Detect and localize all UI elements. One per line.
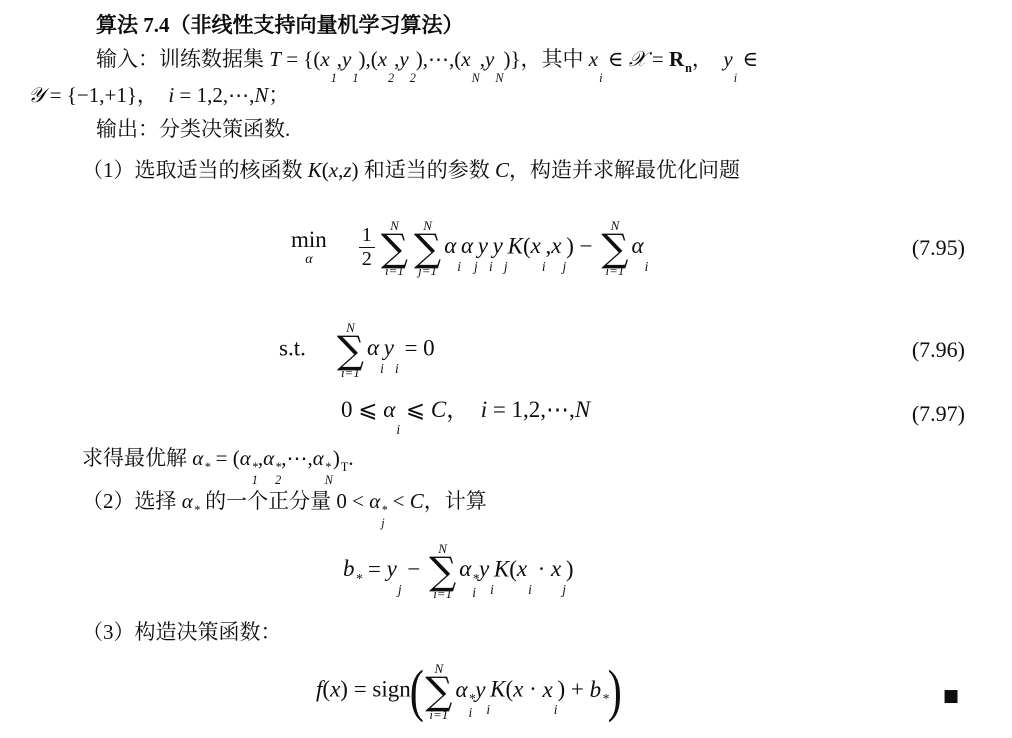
token-text: 输出：分类决策函数. <box>96 117 290 141</box>
subscript: 2 <box>410 72 416 85</box>
line-content: 0 ⩽ αi ⩽ C， i = 1,2,⋯,N <box>0 391 590 438</box>
equation-number: (7.96) <box>912 337 965 363</box>
math-token: )}，其中 <box>503 47 588 71</box>
token-text: = 1,2,⋯, <box>174 83 254 107</box>
sum-lower-limit: j=1 <box>418 264 437 277</box>
token-text: ),( <box>358 47 377 71</box>
math-token: ) <box>566 556 574 581</box>
token-text: R <box>669 47 684 71</box>
token-text: ) + <box>557 677 589 702</box>
subscript: i <box>599 72 602 85</box>
math-token: xj <box>551 233 566 258</box>
token-text: K <box>494 556 509 581</box>
subscript: 1 <box>252 474 258 487</box>
token-text: y <box>723 47 732 71</box>
math-token: ( <box>322 158 329 182</box>
text-line-input2: 𝒴 = {−1,+1}， i = 1,2,⋯,N； <box>28 80 289 110</box>
sigma-icon: ∑ <box>381 232 408 264</box>
token-text: = <box>647 47 669 71</box>
token-text: b <box>343 556 355 581</box>
math-token: α* <box>182 489 200 513</box>
token-text: x <box>543 677 553 702</box>
token-text: T <box>269 47 281 71</box>
math-token: 算法 7.4（非线性支持向量机学习算法） <box>96 13 464 37</box>
subscript: i <box>528 583 532 597</box>
math-token: s.t. <box>279 335 306 360</box>
token-text: N <box>575 397 590 422</box>
token-text: ； <box>268 83 289 107</box>
line-content: （3）构造决策函数： <box>82 617 282 647</box>
sum-lower-limit: i=1 <box>605 264 624 277</box>
min-operator: minα <box>291 228 327 267</box>
subscript: 2 <box>388 72 394 85</box>
math-token: 0 ⩽ <box>341 397 383 422</box>
token-text: s.t. <box>279 335 306 360</box>
token-text: · <box>532 556 551 581</box>
token-text: ,⋯, <box>281 446 313 470</box>
math-token: N <box>575 397 590 422</box>
token-text: α <box>192 446 203 470</box>
sum-lower-limit: i=1 <box>385 264 404 277</box>
subscript: N <box>325 474 333 487</box>
math-token: α*i <box>455 677 475 702</box>
token-text: ( <box>523 233 531 258</box>
line-content: f(x) = sign(N∑i=1α*iyiK(x · xi) + b*) <box>0 662 620 720</box>
text-line-title: 算法 7.4（非线性支持向量机学习算法） <box>96 10 464 40</box>
token-text: C <box>431 397 446 422</box>
math-token: ) − <box>566 233 598 258</box>
line-content: 算法 7.4（非线性支持向量机学习算法） <box>96 10 464 40</box>
math-sum: N∑j=1 <box>414 219 441 277</box>
subscript <box>356 586 363 599</box>
superscript: * <box>325 461 333 474</box>
line-content: s.t.N∑i=1αiyi = 0 <box>0 321 435 379</box>
math-token: ) 和适当的参数 <box>352 158 496 182</box>
token-text: y <box>475 677 485 702</box>
token-text: K <box>490 677 505 702</box>
math-token: xN <box>461 47 479 71</box>
line-content: 求得最优解 α* = (α*1,α*2,⋯,α*N)T. <box>82 443 354 487</box>
fraction-denominator: 2 <box>362 248 372 271</box>
token-text: C <box>495 158 509 182</box>
token-text: α <box>263 446 274 470</box>
math-token: xi <box>531 233 546 258</box>
math-token: αj <box>461 233 478 258</box>
token-text: z <box>343 158 351 182</box>
math-token: 输出：分类决策函数. <box>96 117 290 141</box>
token-text: α <box>461 233 473 258</box>
token-text: x <box>320 47 329 71</box>
math-token: yi <box>723 47 737 71</box>
subscript <box>341 474 348 486</box>
math-token: ⩽ <box>400 397 431 422</box>
subscript: N <box>472 72 480 85</box>
sigma-icon: ∑ <box>337 334 364 366</box>
subscript: N <box>495 72 503 85</box>
token-text: （2）选择 <box>82 489 182 513</box>
subscript: i <box>380 362 384 376</box>
token-scripts: *i <box>472 572 479 600</box>
math-token: K <box>508 233 523 258</box>
subscript: i <box>472 586 479 600</box>
text-line-step1: （1）选取适当的核函数 K(x,z) 和适当的参数 C，构造并求解最优化问题 <box>82 155 740 185</box>
math-token: yi <box>475 677 490 702</box>
math-token: C <box>431 397 446 422</box>
token-text: α <box>455 677 467 702</box>
math-token: xi <box>543 677 558 702</box>
token-text: K <box>508 233 523 258</box>
token-text: ) <box>566 556 574 581</box>
math-token: xj <box>551 556 566 581</box>
equation-number: (7.97) <box>912 401 965 427</box>
sum-lower-limit: i=1 <box>433 587 452 600</box>
line-content: 𝒴 = {−1,+1}， i = 1,2,⋯,N； <box>28 80 289 110</box>
text-line-step3: （3）构造决策函数： <box>82 617 282 647</box>
token-scripts: *N <box>325 461 333 487</box>
token-text: 𝒳 <box>629 47 647 71</box>
math-token: ( <box>505 677 513 702</box>
math-token: αi <box>444 233 461 258</box>
math-token: K <box>490 677 505 702</box>
math-token: ( <box>523 233 531 258</box>
token-text: α <box>383 397 395 422</box>
math-token: 的一个正分量 0 < <box>200 489 369 513</box>
math-token: yi <box>479 556 494 581</box>
token-text: x <box>589 47 598 71</box>
math-token: （3）构造决策函数： <box>82 620 282 644</box>
token-text: = <box>362 556 386 581</box>
subscript: i <box>645 260 649 274</box>
math-token: K <box>494 556 509 581</box>
equation-eqf: f(x) = sign(N∑i=1α*iyiK(x · xi) + b*) <box>0 645 1012 738</box>
math-token: − <box>402 556 426 581</box>
token-text: · <box>523 677 542 702</box>
math-token: ),( <box>358 47 377 71</box>
token-text: （3）构造决策函数： <box>82 620 282 644</box>
sigma-icon: ∑ <box>429 555 456 587</box>
token-text: C <box>410 489 424 513</box>
math-token: · <box>532 556 551 581</box>
token-text: ， <box>446 397 481 422</box>
math-token: = <box>362 556 386 581</box>
math-token: xi <box>589 47 603 71</box>
token-text: x <box>531 233 541 258</box>
text-line-output: 输出：分类决策函数. <box>96 114 290 144</box>
math-token: 𝒴 <box>28 83 44 107</box>
sigma-icon: ∑ <box>601 232 628 264</box>
math-token: = {( <box>281 47 320 71</box>
big-paren-icon: ) <box>607 669 621 713</box>
token-text: ( <box>509 556 517 581</box>
subscript: i <box>490 583 494 597</box>
token-text: y <box>387 556 397 581</box>
math-token: yi <box>384 335 399 360</box>
math-token: y2 <box>399 47 415 71</box>
token-text: = {−1,+1}， <box>44 83 168 107</box>
subscript: j <box>398 583 402 597</box>
token-text: ⩽ <box>400 397 431 422</box>
token-text: ( <box>322 158 329 182</box>
math-token: T <box>269 47 281 71</box>
math-token: y1 <box>342 47 358 71</box>
token-text: x <box>330 677 340 702</box>
math-token: αi <box>631 233 648 258</box>
token-text: y <box>485 47 494 71</box>
math-token: Rn <box>669 47 692 71</box>
token-text: = 0 <box>399 335 435 360</box>
math-token: N <box>254 83 268 107</box>
token-text: − <box>402 556 426 581</box>
token-text: α <box>444 233 456 258</box>
math-token: = ( <box>210 446 239 470</box>
math-token: b* <box>343 556 362 581</box>
token-text: b <box>590 677 602 702</box>
math-token: α*N <box>313 446 333 470</box>
math-token: K <box>308 158 322 182</box>
subscript: i <box>489 260 493 274</box>
subscript: j <box>563 260 567 274</box>
subscript: i <box>395 362 399 376</box>
token-text: ∈ <box>603 47 629 71</box>
equation-number: (7.95) <box>912 235 965 261</box>
math-token: yN <box>485 47 503 71</box>
token-text: x <box>461 47 470 71</box>
subscript: i <box>469 706 476 720</box>
math-token: （1）选取适当的核函数 <box>82 158 308 182</box>
token-text: ) <box>333 446 340 470</box>
sum-lower-limit: i=1 <box>429 708 448 721</box>
math-token: x <box>330 677 340 702</box>
math-token: ，计算 <box>424 489 487 513</box>
math-token: ； <box>268 83 289 107</box>
token-text: α <box>367 335 379 360</box>
token-scripts: N <box>472 60 480 85</box>
subscript: j <box>474 260 478 274</box>
math-token: )T <box>333 446 348 470</box>
token-text: x <box>378 47 387 71</box>
math-token: ) = sign <box>340 677 410 702</box>
math-token: x2 <box>378 47 394 71</box>
subscript: 1 <box>331 72 337 85</box>
math-token: · <box>523 677 542 702</box>
token-text: ( <box>322 677 330 702</box>
token-text: x <box>517 556 527 581</box>
token-text: K <box>308 158 322 182</box>
token-text: α <box>459 556 471 581</box>
math-token: 𝒳 <box>629 47 647 71</box>
text-line-solution: 求得最优解 α* = (α*1,α*2,⋯,α*N)T. <box>82 443 354 487</box>
subscript: j <box>504 260 508 274</box>
token-text: = 1,2,⋯, <box>487 397 575 422</box>
math-token: αi <box>367 335 384 360</box>
math-token: C <box>495 158 509 182</box>
token-scripts: n <box>685 62 692 87</box>
math-token: x <box>329 158 338 182</box>
math-token: ∈ <box>737 47 758 71</box>
token-text: y <box>399 47 408 71</box>
math-token: α*2 <box>263 446 281 470</box>
token-text: 求得最优解 <box>82 446 192 470</box>
math-sum: N∑i=1 <box>337 321 364 379</box>
superscript: * <box>472 572 479 586</box>
equation-eq795: minα12N∑i=1N∑j=1αiαjyiyjK(xi,xj) − N∑i=1… <box>0 203 1012 293</box>
line-content: b* = yj − N∑i=1α*iyiK(xi · xj) <box>0 542 574 600</box>
equation-eqb: b* = yj − N∑i=1α*iyiK(xi · xj) <box>0 527 1012 615</box>
line-content: （1）选取适当的核函数 K(x,z) 和适当的参数 C，构造并求解最优化问题 <box>82 155 740 185</box>
token-text: )}，其中 <box>503 47 588 71</box>
math-token: z <box>343 158 351 182</box>
token-text: 0 ⩽ <box>341 397 383 422</box>
operator-under-limit: α <box>305 253 312 267</box>
token-text: y <box>479 556 489 581</box>
math-sum: N∑i=1 <box>601 219 628 277</box>
sigma-icon: ∑ <box>425 675 452 707</box>
math-token: ， <box>692 47 724 71</box>
math-token: 求得最优解 <box>82 446 192 470</box>
line-content: 输出：分类决策函数. <box>96 114 290 144</box>
subscript: i <box>542 260 546 274</box>
token-text: y <box>342 47 351 71</box>
token-text: y <box>493 233 503 258</box>
token-text: < <box>387 489 409 513</box>
token-text: ),⋯,( <box>416 47 462 71</box>
math-token: ，构造并求解最优化问题 <box>509 158 740 182</box>
math-token: α* <box>192 446 210 470</box>
token-text: α <box>631 233 643 258</box>
token-scripts: i <box>645 247 649 274</box>
token-text: ( <box>505 677 513 702</box>
big-paren-icon: ( <box>410 669 424 713</box>
math-token: ,⋯, <box>281 446 313 470</box>
math-token: = 0 <box>399 335 435 360</box>
token-text: 的一个正分量 0 < <box>200 489 369 513</box>
math-token: ( <box>322 677 330 702</box>
superscript <box>645 247 649 260</box>
math-token: ， <box>446 397 481 422</box>
math-token: = <box>647 47 669 71</box>
token-text: x <box>551 556 561 581</box>
token-text: ) 和适当的参数 <box>352 158 496 182</box>
math-sum: N∑i=1 <box>429 542 456 600</box>
fraction-numerator: 1 <box>359 224 375 248</box>
line-content: minα12N∑i=1N∑j=1αiαjyiyjK(xi,xj) − N∑i=1… <box>0 219 648 277</box>
math-token: （2）选择 <box>82 489 182 513</box>
token-text: 𝒴 <box>28 83 44 107</box>
math-token: C <box>410 489 424 513</box>
subscript: i <box>554 703 558 717</box>
token-text: ， <box>692 47 724 71</box>
math-sum: N∑i=1 <box>425 662 452 720</box>
math-token: x1 <box>320 47 336 71</box>
token-text: ，计算 <box>424 489 487 513</box>
token-text: ) − <box>566 233 598 258</box>
subscript: i <box>734 72 737 85</box>
math-token: . <box>348 446 353 470</box>
token-text: ∈ <box>737 47 758 71</box>
token-text: （1）选取适当的核函数 <box>82 158 308 182</box>
equation-eq797: 0 ⩽ αi ⩽ C， i = 1,2,⋯,N(7.97) <box>0 394 1012 434</box>
math-token: b* <box>590 677 609 702</box>
math-token: x <box>513 677 523 702</box>
math-token: = {−1,+1}， <box>44 83 168 107</box>
textbook-page: ■ 算法 7.4（非线性支持向量机学习算法）输入：训练数据集 T = {(x1,… <box>0 0 1012 738</box>
subscript <box>685 75 692 87</box>
subscript: i <box>396 423 400 437</box>
token-text: ) = sign <box>340 677 410 702</box>
math-token: = 1,2,⋯, <box>487 397 575 422</box>
token-text: α <box>182 489 193 513</box>
math-token: ),⋯,( <box>416 47 462 71</box>
subscript <box>204 474 210 486</box>
token-text: 输入：训练数据集 <box>96 47 269 71</box>
text-line-step2: （2）选择 α* 的一个正分量 0 < α*j < C，计算 <box>82 486 487 530</box>
token-text: y <box>384 335 394 360</box>
math-token: xi <box>517 556 532 581</box>
math-token: yi <box>478 233 493 258</box>
subscript: i <box>486 703 490 717</box>
token-text: N <box>254 83 268 107</box>
math-token: αi <box>383 397 400 422</box>
subscript: 1 <box>352 72 358 85</box>
token-text: y <box>478 233 488 258</box>
math-sum: N∑i=1 <box>381 219 408 277</box>
token-text: 算法 7.4（非线性支持向量机学习算法） <box>96 13 464 37</box>
math-token: α*1 <box>240 446 258 470</box>
token-text: x <box>513 677 523 702</box>
sum-lower-limit: i=1 <box>341 366 360 379</box>
line-content: （2）选择 α* 的一个正分量 0 < α*j < C，计算 <box>82 486 487 530</box>
equation-eq796: s.t.N∑i=1αiyi = 0(7.96) <box>0 307 1012 393</box>
token-text: = ( <box>210 446 239 470</box>
math-token: 输入：训练数据集 <box>96 47 269 71</box>
math-token: ∈ <box>603 47 629 71</box>
token-text: = {( <box>281 47 320 71</box>
subscript: i <box>457 260 461 274</box>
superscript: n <box>685 62 692 75</box>
token-text: ，构造并求解最优化问题 <box>509 158 740 182</box>
token-text: x <box>551 233 561 258</box>
operator-name: min <box>291 228 327 251</box>
math-fraction: 12 <box>359 224 375 272</box>
subscript: 2 <box>275 474 281 487</box>
math-token: = 1,2,⋯, <box>174 83 254 107</box>
math-token: ( <box>509 556 517 581</box>
math-token: ) + <box>557 677 589 702</box>
token-text: x <box>329 158 338 182</box>
token-text: α <box>240 446 251 470</box>
token-text: α <box>369 489 380 513</box>
math-token: yj <box>387 556 402 581</box>
math-token: yj <box>493 233 508 258</box>
subscript: j <box>562 583 566 597</box>
math-token: α*i <box>459 556 479 581</box>
token-text: . <box>348 446 353 470</box>
math-token: α*j <box>369 489 387 513</box>
token-text: α <box>313 446 324 470</box>
sigma-icon: ∑ <box>414 232 441 264</box>
math-token: < <box>387 489 409 513</box>
